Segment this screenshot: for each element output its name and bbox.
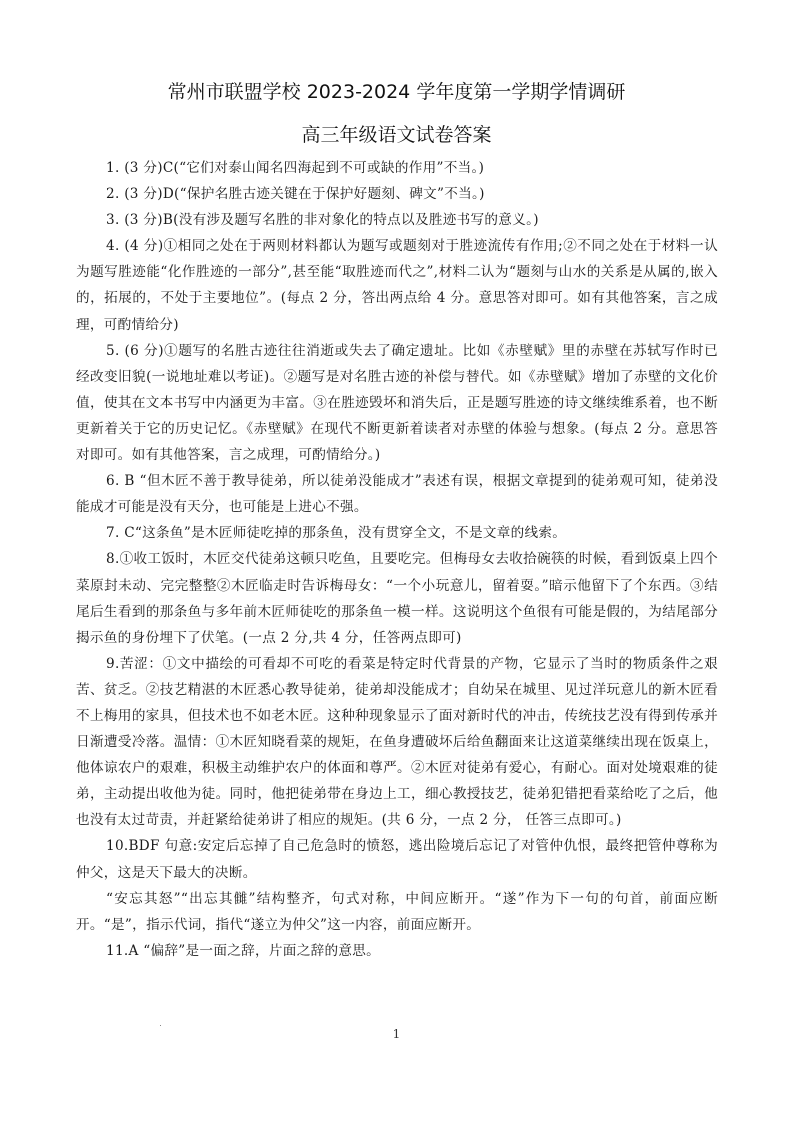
- answer-7: 7. C“这条鱼”是木匠师徒吃掉的那条鱼，没有贯穿全文，不是文章的线索。: [76, 520, 718, 546]
- answer-10-analysis: “安忘其怒”“出忘其雠”结构整齐，句式对称，中间应断开。“遂”作为下一句的句首，…: [76, 886, 718, 938]
- stray-dot: [160, 1025, 161, 1026]
- answer-2: 2. (3 分)D(“保护名胜古迹关键在于保护好题刻、碑文”不当。): [76, 181, 718, 207]
- document-title: 常州市联盟学校 2023-2024 学年度第一学期学情调研: [0, 77, 793, 104]
- answer-4: 4. (4 分)①相同之处在于两则材料都认为题写或题刻对于胜迹流传有作用;②不同…: [76, 233, 718, 337]
- answer-8: 8.①收工饭时，木匠交代徒弟这顿只吃鱼，且要吃完。但梅母女去收拾碗筷的时候，看到…: [76, 546, 718, 650]
- answer-3: 3. (3 分)B(没有涉及题写名胜的非对象化的特点以及胜迹书写的意义。): [76, 207, 718, 233]
- answer-1: 1. (3 分)C(“它们对泰山闻名四海起到不可或缺的作用”不当。): [76, 155, 718, 181]
- answer-6: 6. B “但木匠不善于教导徒弟，所以徒弟没能成才”表述有误，根据文章提到的徒弟…: [76, 468, 718, 520]
- page-number: 1: [0, 1027, 793, 1041]
- document-subtitle: 高三年级语文试卷答案: [0, 120, 793, 147]
- answer-list: 1. (3 分)C(“它们对泰山闻名四海起到不可或缺的作用”不当。) 2. (3…: [76, 155, 718, 964]
- answer-5: 5. (6 分)①题写的名胜古迹往往消逝或失去了确定遗址。比如《赤壁赋》里的赤壁…: [76, 338, 718, 468]
- answer-10-explanation: 10.BDF 句意:安定后忘掉了自己危急时的愤怒，逃出险境后忘记了对管仲仇恨，最…: [76, 833, 718, 885]
- answer-11: 11.A “偏辞”是一面之辞，片面之辞的意思。: [76, 938, 718, 964]
- answer-9: 9.苦涩：①文中描绘的可看却不可吃的看菜是特定时代背景的产物，它显示了当时的物质…: [76, 651, 718, 834]
